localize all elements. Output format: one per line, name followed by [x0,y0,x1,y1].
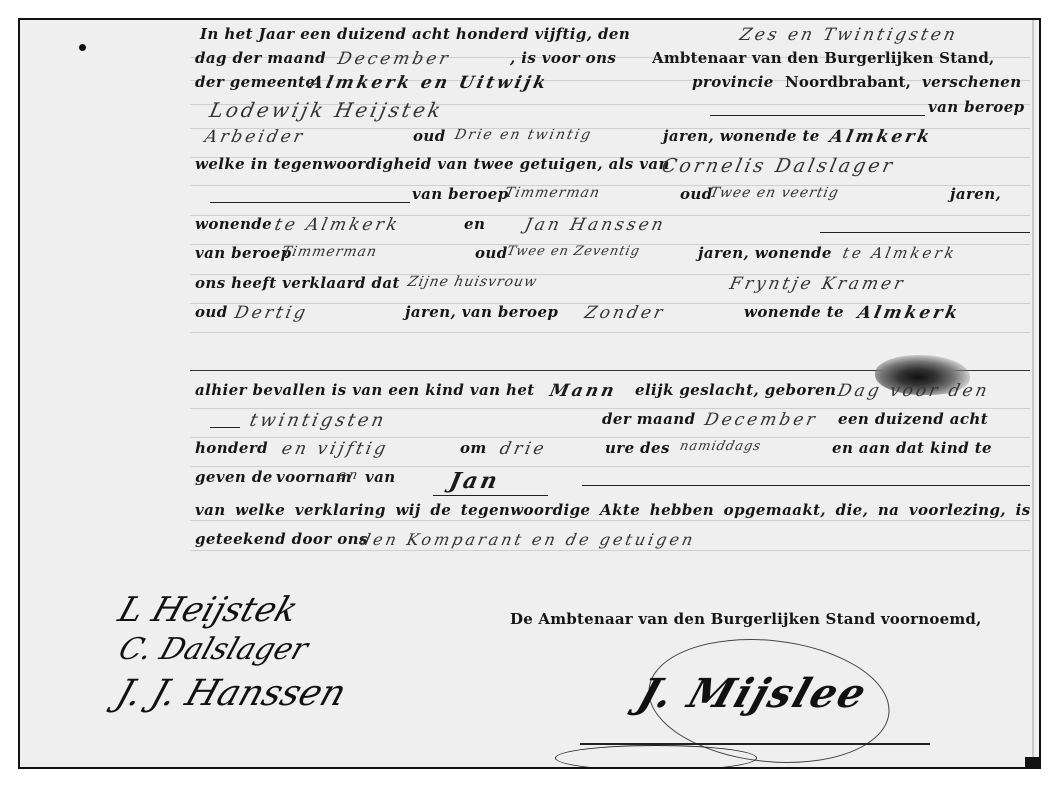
fill-line [210,202,410,203]
printed-text: wonende te [744,303,844,321]
text-line-8: wonende te Almkerk en Jan Hanssen [20,215,1039,243]
handwritten-text: Almkerk en Uitwijk [308,73,550,93]
printed-text: en aan dat kind te [832,439,992,457]
handwritten-text: December [336,49,453,69]
underline [433,495,548,496]
printed-text: welke in tegenwoordigheid van twee getui… [195,155,670,173]
printed-text: alhier bevallen is van een kind van het [195,381,535,399]
handwritten-text: namiddags [678,439,762,454]
document-scan: In het Jaar een duizend acht honderd vij… [18,18,1041,769]
handwritten-text: Almkerk [828,127,934,147]
handwritten-text: drie [498,439,549,459]
printed-text: Ambtenaar van den Burgerlijken Stand, [652,49,994,67]
text-line-5: Arbeider oud Drie en twintig jaren, wone… [20,127,1039,155]
closing-text: De Ambtenaar van den Burgerlijken Stand … [510,610,982,628]
handwritten-text: Timmerman [503,185,601,201]
handwritten-text: Arbeider [203,127,307,147]
printed-text: verschenen [922,73,1022,91]
printed-text: der maand [602,410,695,428]
printed-text: oud [413,127,446,145]
handwritten-text: Timmerman [280,244,378,260]
printed-text: jaren, van beroep [405,303,558,321]
text-line-10: ons heeft verklaard dat Zijne huisvrouw … [20,274,1039,302]
printed-text: geteekend door ons [195,530,368,548]
printed-text: van beroep [928,98,1025,116]
handwritten-text: Almkerk [856,303,962,323]
printed-text: van welke verklaring wij de tegenwoordig… [195,501,1031,519]
text-line-9: van beroep Timmerman oud Twee en Zeventi… [20,244,1039,272]
fill-line [582,485,1030,486]
handwritten-text: Fryntje Kramer [728,274,908,294]
handwritten-text: te Almkerk [273,215,402,235]
handwritten-text: December [703,410,820,430]
handwritten-text: Lodewijk Heijstek [207,98,445,122]
printed-text: een duizend acht [838,410,988,428]
printed-text: provincie [692,73,774,91]
handwritten-text: Twee en Zeventig [505,244,641,259]
printed-text: honderd [195,439,268,457]
handwritten-text: Dertig [233,303,310,323]
handwritten-text: Zonder [583,303,667,323]
handwritten-text: Drie en twintig [453,127,593,143]
printed-text: In het Jaar een duizend acht honderd vij… [200,25,630,43]
printed-text: van beroep [412,185,509,203]
text-line-6: welke in tegenwoordigheid van twee getui… [20,155,1039,183]
text-line-3: der gemeente Almkerk en Uitwijk provinci… [20,73,1039,101]
handwritten-text: Dag voor den [836,381,992,401]
text-line-17: geteekend door ons den Komparant en de g… [20,530,1039,558]
printed-text: geven de [195,468,273,486]
handwritten-text: Zijne huisvrouw [406,274,538,290]
handwritten-text: en vijftig [280,439,390,459]
handwritten-text: twintigsten [248,410,389,431]
printed-text: , is voor ons [510,49,616,67]
printed-text: om [460,439,487,457]
text-line-15: geven de voornam en van Jan [20,468,1039,496]
handwritten-text: en [336,468,361,483]
printed-text: ure des [605,439,670,457]
closing-line: De Ambtenaar van den Burgerlijken Stand … [20,610,1039,638]
printed-text: der gemeente [195,73,315,91]
fill-line [820,232,1030,233]
text-line-4: Lodewijk Heijstek van beroep [20,98,1039,126]
fill-line [210,427,240,428]
handwritten-text: Mann [548,381,619,401]
printed-text: dag der maand [195,49,326,67]
signature-flourish-loop [555,745,757,769]
signature-witness-3: J. J. Hanssen [111,673,351,714]
handwritten-text: Jan [447,468,502,494]
signature-official: J. Mijslee [632,670,874,717]
printed-text: jaren, [950,185,1001,203]
printed-text: ons heeft verklaard dat [195,274,400,292]
text-line-7: van beroep Timmerman oud Twee en veertig… [20,185,1039,213]
handwritten-text: den Komparant en de getuigen [358,530,697,549]
handwritten-text: Zes en Twintigsten [738,25,960,45]
printed-text: jaren, wonende te [663,127,820,145]
handwritten-text: Jan Hanssen [523,215,668,235]
handwritten-text: te Almkerk [841,244,959,262]
printed-text: Noordbrabant, [785,73,911,91]
handwritten-text: Twee en veertig [708,185,840,201]
printed-text: jaren, wonende [698,244,832,262]
printed-text: van [365,468,396,486]
printed-text: oud [195,303,228,321]
ruled-line [190,332,1030,333]
printed-text: elijk geslacht, geboren [635,381,836,399]
corner-shadow [1025,757,1039,767]
text-line-12: alhier bevallen is van een kind van het … [20,381,1039,409]
fill-line [710,115,925,116]
text-line-16: van welke verklaring wij de tegenwoordig… [20,501,1039,529]
text-line-11: oud Dertig jaren, van beroep Zonder wone… [20,303,1039,331]
text-line-14: honderd en vijftig om drie ure des namid… [20,439,1039,467]
text-line-13: twintigsten der maand December een duize… [20,410,1039,438]
printed-text: en [464,215,485,233]
printed-text: wonende [195,215,272,233]
printed-text: van beroep [195,244,292,262]
printed-text: oud [475,244,508,262]
handwritten-text: Cornelis Dalslager [660,155,897,177]
